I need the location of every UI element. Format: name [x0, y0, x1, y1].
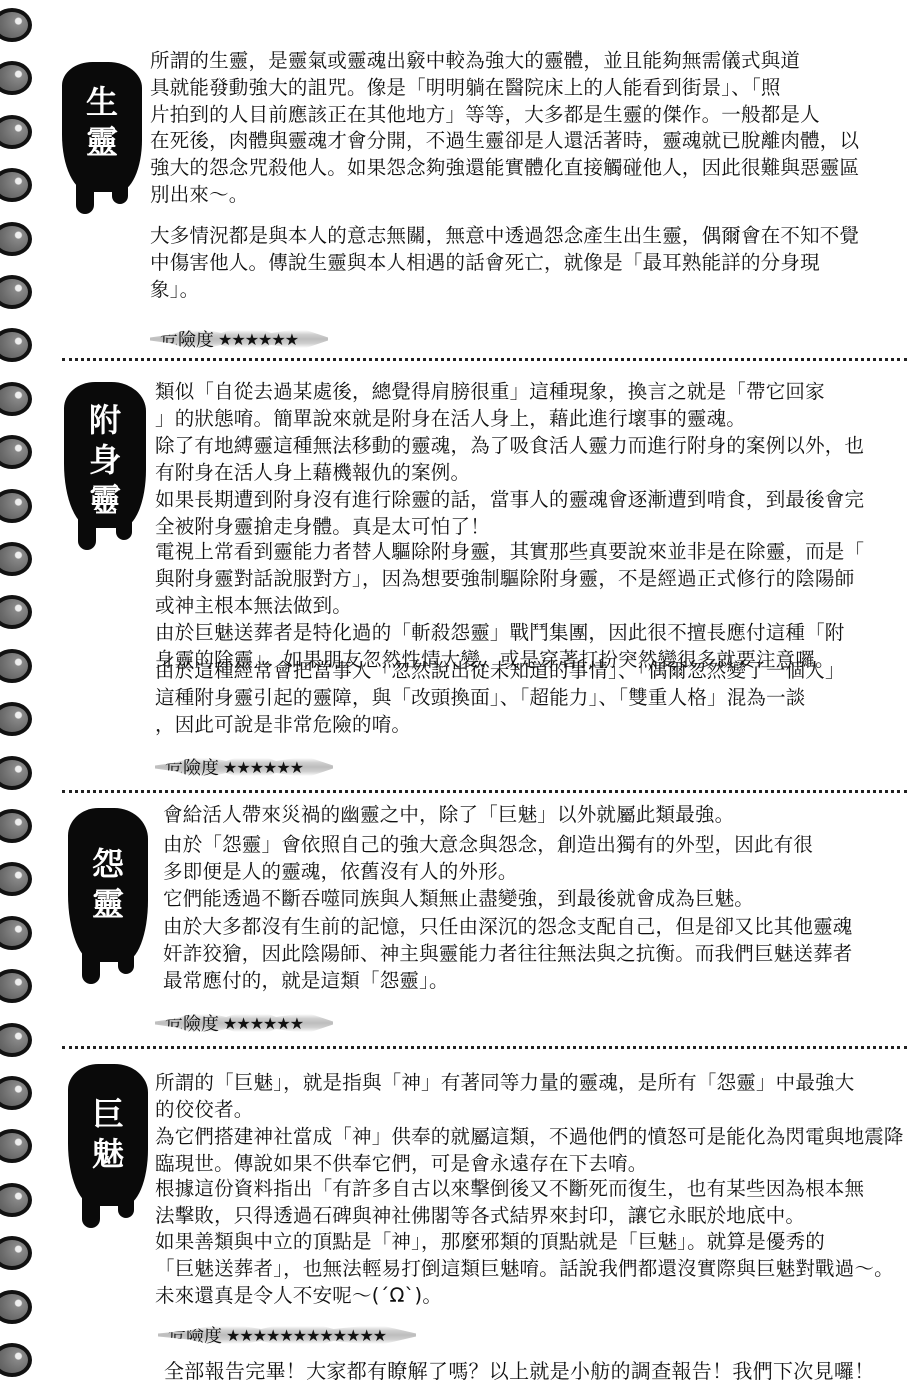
binder-ring-icon	[0, 809, 32, 843]
binder-ring-icon	[0, 969, 32, 1003]
title-char: 附	[89, 400, 121, 440]
danger-label: 危險度	[168, 1322, 222, 1348]
danger-label: 危險度	[160, 326, 214, 352]
paragraph: 所謂的生靈，是靈氣或靈魂出竅中較為強大的靈體，並且能夠無需儀式與道 具就能發動強…	[150, 48, 859, 209]
binder-ring-icon	[0, 435, 32, 469]
binder-ring-icon	[0, 702, 32, 736]
binder-ring-icon	[0, 382, 32, 416]
section-title-badge: 附 身 靈	[64, 382, 146, 528]
binder-ring-icon	[0, 275, 32, 309]
paragraph: 如果長期遭到附身沒有進行除靈的話，當事人的靈魂會逐漸遭到啃食，到最後會完 全被附…	[155, 487, 864, 541]
paragraph: 由於大多都沒有生前的記憶，只任由深沉的怨念支配自己，但是卻又比其他靈魂 奸詐狡獪…	[163, 914, 853, 994]
danger-rating: 危險度 ★★★★★★★★★★★★	[158, 1320, 416, 1350]
title-char: 生	[86, 82, 118, 122]
binder-ring-icon	[0, 756, 32, 790]
paragraph: 如果善類與中立的頂點是「神」，那麼邪類的頂點就是「巨魅」。就算是優秀的 「巨魅送…	[155, 1229, 894, 1309]
section-divider	[62, 1046, 907, 1049]
paragraph: 為它們搭建神社當成「神」供奉的就屬這類，不過他們的憤怒可是能化為閃電與地震降 臨…	[155, 1124, 904, 1178]
paragraph: 由於「怨靈」會依照自己的強大意念與怨念，創造出獨有的外型，因此有很 多即便是人的…	[163, 832, 813, 886]
paragraph: 電視上常看到靈能力者替人驅除附身靈，其實那些真要說來並非是在除靈，而是「 與附身…	[155, 539, 864, 619]
binder-rings	[0, 0, 40, 1400]
binder-ring-icon	[0, 115, 32, 149]
binder-ring-icon	[0, 1023, 32, 1057]
closing-message: 全部報告完畢！大家都有瞭解了嗎？以上就是小舫的調查報告！我們下次見囉！	[164, 1355, 875, 1384]
paragraph: 類似「自從去過某處後，總覺得肩膀很重」這種現象，換言之就是「帶它回家 」的狀態唷…	[155, 379, 825, 433]
danger-rating: 危險度 ★★★★★★	[155, 752, 333, 782]
paragraph: 會給活人帶來災禍的幽靈之中，除了「巨魅」以外就屬此類最強。	[163, 802, 734, 829]
paragraph: 所謂的「巨魅」，就是指與「神」有著同等力量的靈魂，是所有「怨靈」中最強大 的佼佼…	[155, 1070, 854, 1124]
binder-ring-icon	[0, 1236, 32, 1270]
danger-rating: 危險度 ★★★★★★	[155, 1008, 333, 1038]
title-char: 靈	[89, 480, 121, 520]
paragraph: 由於這種經常會把當事人「忽然說出從未知道的事情」、「偶爾忽然變了一個人」 這種附…	[155, 658, 845, 738]
binder-ring-icon	[0, 61, 32, 95]
title-char: 靈	[86, 122, 118, 162]
title-char: 怨	[92, 844, 124, 884]
binder-ring-icon	[0, 649, 32, 683]
binder-ring-icon	[0, 1343, 32, 1377]
title-char: 魅	[92, 1134, 124, 1174]
section-title-badge: 生 靈	[62, 62, 142, 192]
binder-ring-icon	[0, 595, 32, 629]
star-icons: ★★★★★★★★★★★★	[226, 1326, 386, 1345]
binder-ring-icon	[0, 862, 32, 896]
title-char: 靈	[92, 884, 124, 924]
section-divider	[62, 358, 907, 361]
paragraph: 大多情況都是與本人的意志無關，無意中透過怨念產生出生靈，偶爾會在不知不覺 中傷害…	[150, 223, 859, 303]
section-title-badge: 怨 靈	[68, 808, 148, 962]
danger-label: 危險度	[165, 1010, 219, 1036]
binder-ring-icon	[0, 222, 32, 256]
star-icons: ★★★★★★	[223, 1014, 303, 1033]
section-title-badge: 巨 魅	[68, 1064, 148, 1206]
danger-label: 危險度	[165, 754, 219, 780]
binder-ring-icon	[0, 1129, 32, 1163]
binder-ring-icon	[0, 168, 32, 202]
paragraph: 除了有地縛靈這種無法移動的靈魂，為了吸食活人靈力而進行附身的案例以外，也 有附身…	[155, 433, 864, 487]
paragraph: 根據這份資料指出「有許多自古以來擊倒後又不斷死而復生，也有某些因為根本無 法擊敗…	[155, 1176, 864, 1230]
paragraph: 它們能透過不斷吞噬同族與人類無止盡變強，到最後就會成為巨魅。	[163, 886, 754, 913]
binder-ring-icon	[0, 1183, 32, 1217]
binder-ring-icon	[0, 8, 32, 42]
section-divider	[62, 790, 907, 793]
binder-ring-icon	[0, 489, 32, 523]
binder-ring-icon	[0, 1290, 32, 1324]
title-char: 巨	[92, 1094, 124, 1134]
binder-ring-icon	[0, 916, 32, 950]
binder-ring-icon	[0, 328, 32, 362]
binder-ring-icon	[0, 542, 32, 576]
star-icons: ★★★★★★	[223, 758, 303, 777]
title-char: 身	[89, 440, 121, 480]
binder-ring-icon	[0, 1076, 32, 1110]
star-icons: ★★★★★★	[218, 330, 298, 349]
danger-rating: 危險度 ★★★★★★	[150, 324, 328, 354]
